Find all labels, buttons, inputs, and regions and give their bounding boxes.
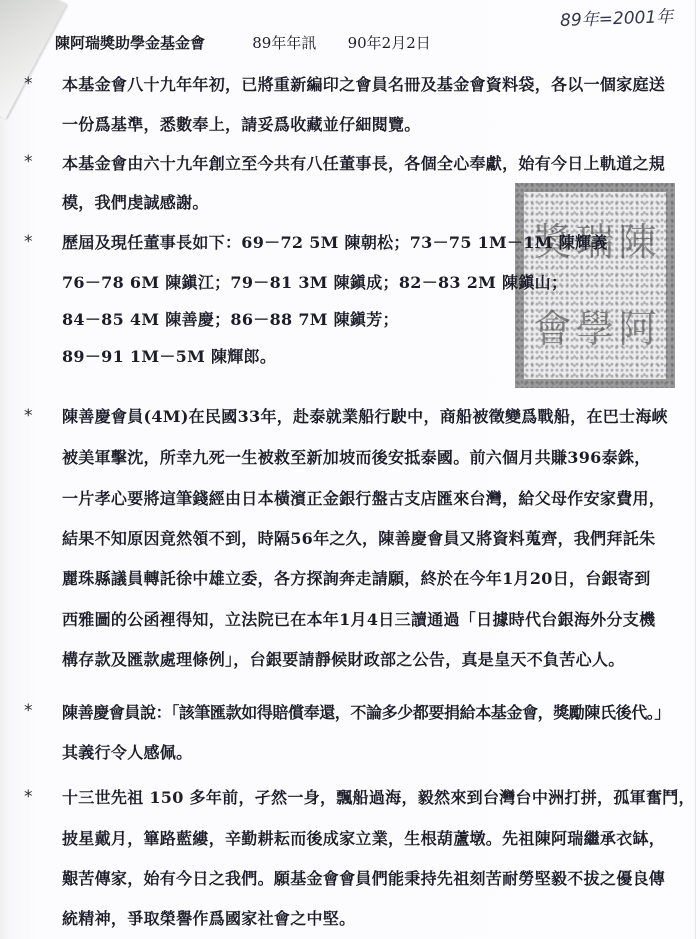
paragraph-line: 84－85 4M 陳善慶；86－88 7M 陳鎭芳； xyxy=(62,307,399,330)
paragraph-line: 被美軍擊沈，所幸九死一生被救至新加坡而後安抵泰國。前六個月共賺396泰銖， xyxy=(62,445,651,468)
issue-date: 90年2月2日 xyxy=(348,32,431,53)
paragraph-line: 76－78 6M 陳鎭江；79－81 3M 陳鎭成；82－83 2M 陳鎭山； xyxy=(62,270,567,293)
bullet-icon: * xyxy=(24,787,33,807)
seal-character: 陳 xyxy=(617,200,658,285)
bullet-icon: * xyxy=(24,701,33,721)
paragraph-line: 本基金會由六十九年創立至今共有八任董事長，各個全心奉獻，始有今日上軌道之規 xyxy=(62,151,665,174)
document-header: 陳阿瑞獎助學金基金會 89年年訊 90年2月2日 xyxy=(55,32,431,53)
paragraph-line: 艱苦傳家，始有今日之我們。願基金會會員們能秉持先祖刻苦耐勞堅毅不拔之優良傳 xyxy=(62,866,665,889)
seal-character: 會 xyxy=(532,287,573,372)
paragraph-line: 結果不知原因竟然領不到，時隔56年之久，陳善慶會員又將資料蒐齊，我們拜託朱 xyxy=(62,526,655,549)
bullet-icon: * xyxy=(24,74,33,94)
paragraph-line: 披星戴月，篳路藍縷，辛勤耕耘而後成家立業，生根葫蘆墩。先祖陳阿瑞繼承衣缽， xyxy=(62,826,665,849)
paragraph-line: 統精神，爭取榮譽作爲國家社會之中堅。 xyxy=(62,906,355,929)
page-edge xyxy=(695,0,696,939)
seal-character: 阿 xyxy=(617,287,658,372)
bullet-icon: * xyxy=(24,406,33,426)
seal-character: 學 xyxy=(575,287,616,372)
paragraph-line: 其義行令人感佩。 xyxy=(62,740,192,763)
paragraph-line: 一片孝心要將這筆錢經由日本橫濱正金銀行盤古支店匯來台灣，給父母作安家費用， xyxy=(62,486,665,509)
paragraph-line: 89－91 1M－5M 陳輝郎。 xyxy=(62,344,276,367)
paragraph-line: 模，我們虔誠感謝。 xyxy=(62,190,209,213)
issue-title: 89年年訊 xyxy=(252,32,316,53)
paragraph-line: 本基金會八十九年年初，已將重新編印之會員名冊及基金會資料袋，各以一個家庭送 xyxy=(62,72,665,95)
paragraph-line: 麗珠縣議員轉託徐中雄立委，各方探詢奔走請願，終於在今年1月20日，台銀寄到 xyxy=(62,566,651,589)
paragraph-line: 陳善慶會員(4M)在民國33年，赴泰就業船行駛中，商船被徵變爲戰船，在巴士海峽 xyxy=(62,404,668,427)
paragraph-line: 西雅圖的公函裡得知，立法院已在本年1月4日三讀通過「日據時代台銀海外分支機 xyxy=(62,607,655,630)
bullet-icon: * xyxy=(24,152,33,172)
scanned-document-page: 89年=2001年 陳阿瑞獎助學金基金會 89年年訊 90年2月2日 獎 瑞 陳… xyxy=(0,0,700,939)
paragraph-line: 構存款及匯款處理條例」，台銀要請靜候財政部之公告，真是皇天不負苦心人。 xyxy=(62,647,625,670)
bullet-icon: * xyxy=(24,232,33,252)
organization-name: 陳阿瑞獎助學金基金會 xyxy=(55,32,205,53)
paragraph-line: 十三世先祖 150 多年前，孑然一身，飄船過海，毅然來到台灣台中洲打拼，孤軍奮鬥… xyxy=(62,785,695,808)
handwritten-note: 89年=2001年 xyxy=(560,2,674,31)
page-corner-fold xyxy=(0,0,66,119)
paragraph-line: 陳善慶會員說：「該筆匯款如得賠償奉還，不論多少都要捐給本基金會，獎勵陳氏後代。」 xyxy=(62,700,670,723)
paragraph-line: 一份爲基準，悉數奉上，請妥爲收藏並仔細閱覽。 xyxy=(62,112,421,135)
paragraph-line: 歷屆及現任董事長如下：69－72 5M 陳朝松；73－75 1M－1M 陳輝義 xyxy=(62,230,608,253)
